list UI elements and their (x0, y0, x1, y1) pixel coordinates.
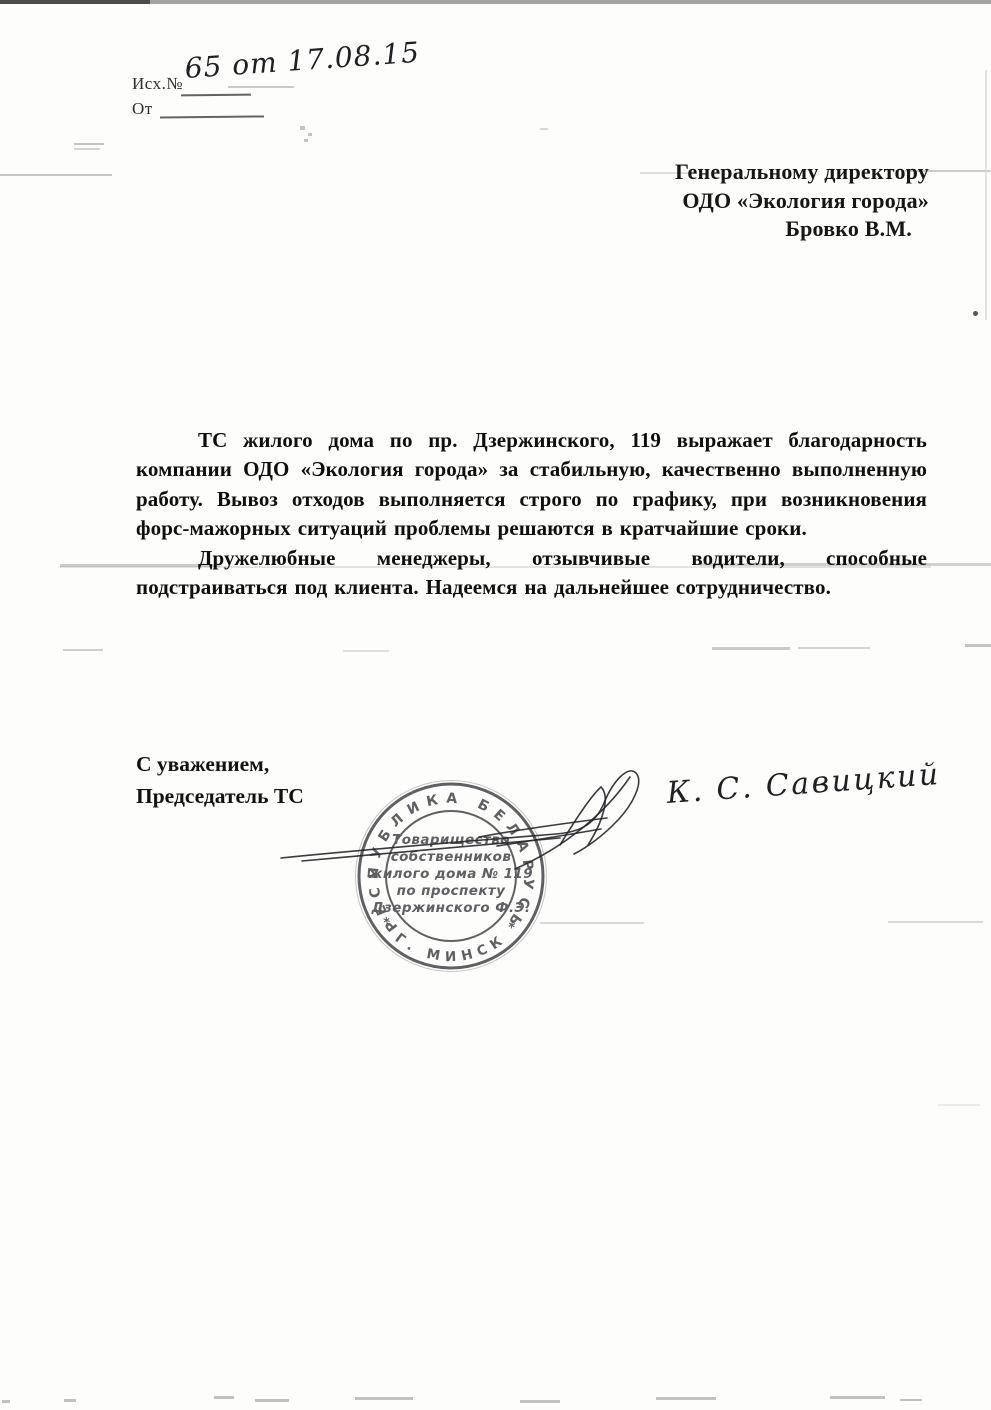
body-paragraph-1: ТС жилого дома по пр. Дзержинского, 119 … (136, 426, 927, 544)
scan-artifact (74, 148, 100, 150)
scan-artifact (300, 126, 305, 130)
from-underline (160, 115, 264, 118)
from-label: От (132, 99, 153, 119)
scan-artifact (540, 128, 548, 130)
recipient-line-company: ОДО «Экология города» (675, 187, 929, 216)
stamp-center-line-4: по проспекту (397, 883, 506, 899)
letter-body: ТС жилого дома по пр. Дзержинского, 119 … (136, 426, 927, 602)
scan-artifact (74, 143, 104, 145)
scan-artifact (64, 1399, 76, 1402)
scan-artifact (0, 0, 150, 4)
recipient-line-name: Бровко В.М. (675, 215, 929, 244)
scan-artifact (656, 1397, 716, 1400)
scan-artifact (965, 644, 991, 647)
scan-artifact (255, 1399, 289, 1402)
outgoing-number-handwritten-value: 65 от 17.08.15 (184, 36, 421, 85)
scan-artifact (2, 1400, 10, 1403)
recipient-line-position: Генеральному директору (675, 158, 929, 187)
scan-artifact (0, 174, 112, 176)
scan-artifact (228, 86, 294, 88)
scan-artifact (0, 0, 991, 4)
scan-artifact (712, 647, 790, 650)
scan-artifact (63, 649, 103, 651)
scanned-letter-page: Исх.№ 65 от 17.08.15 От Генеральному дир… (0, 0, 991, 1410)
scan-artifact (798, 647, 870, 649)
stamp-center-line-3: жилого дома № 119 (368, 866, 533, 882)
scan-artifact (520, 1400, 560, 1403)
body-paragraph-2: Дружелюбные менеджеры, отзывчивые водите… (136, 544, 927, 603)
scan-artifact (985, 70, 987, 320)
scan-artifact (938, 1104, 980, 1106)
scan-artifact (973, 311, 978, 316)
scan-artifact (830, 1396, 885, 1399)
scan-artifact (355, 1397, 413, 1400)
scan-artifact (214, 1396, 234, 1399)
recipient-block: Генеральному директору ОДО «Экология гор… (675, 158, 929, 244)
outgoing-number-label: Исх.№ (132, 74, 183, 94)
scan-artifact (304, 139, 308, 142)
scan-artifact (343, 650, 389, 652)
scan-artifact (308, 133, 312, 136)
stamp-center-line-5: Дзержинского Ф.Э. (371, 900, 531, 916)
scan-artifact (900, 1399, 922, 1401)
outgoing-number-underline (181, 94, 251, 96)
